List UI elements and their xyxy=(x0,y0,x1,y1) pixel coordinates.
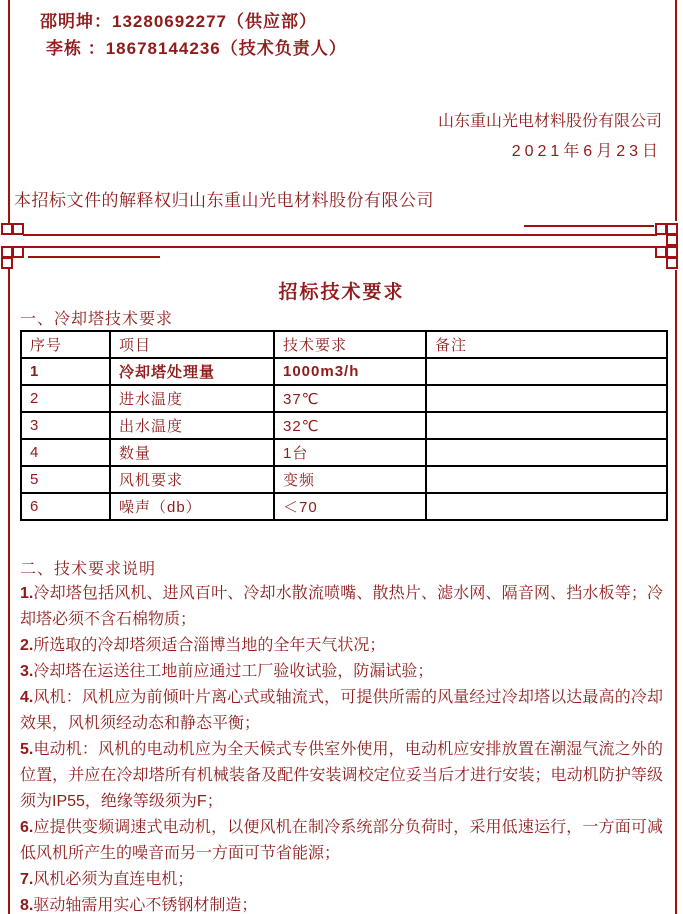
spec-item-text: 驱动轴需用实心不锈钢材制造； xyxy=(33,897,257,914)
spec-item-text: 冷却塔包括风机、进风百叶、冷却水散流喷嘴、散热片、滤水网、隔音网、挡水板等；冷却… xyxy=(20,585,663,628)
cell-item: 噪声（db） xyxy=(110,493,274,520)
section1-heading: 一、冷却塔技术要求 xyxy=(20,306,173,329)
cell-item: 冷却塔处理量 xyxy=(110,358,274,385)
page2-corner-mark-left-c xyxy=(1,257,13,269)
spec-item-number: 5. xyxy=(20,741,33,758)
spec-item-3: 3.冷却塔在运送往工地前应通过工厂验收试验，防漏试验； xyxy=(20,659,663,685)
spec-item-2: 2.所选取的冷却塔须适合淄博当地的全年天气状况； xyxy=(20,633,663,659)
col-header-remark: 备注 xyxy=(426,331,667,358)
page2-header-rule xyxy=(28,256,160,258)
spec-item-number: 2. xyxy=(20,637,33,654)
spec-item-number: 1. xyxy=(20,585,33,602)
cell-item: 风机要求 xyxy=(110,466,274,493)
page2-right-border xyxy=(675,270,677,914)
spec-item-6: 6.应提供变频调速式电动机，以便风机在制冷系统部分负荷时，采用低速运行，一方面可… xyxy=(20,815,663,867)
cell-requirement: 变频 xyxy=(274,466,426,493)
section2-heading: 二、技术要求说明 xyxy=(20,556,156,579)
spec-item-text: 应提供变频调速式电动机，以便风机在制冷系统部分负荷时，采用低速运行，一方面可减低… xyxy=(20,819,663,862)
contact-tech-lead: 李栋 ：18678144236（技术负责人） xyxy=(40,35,347,62)
cell-remark xyxy=(426,412,667,439)
page-title: 招标技术要求 xyxy=(0,277,683,304)
spec-item-number: 4. xyxy=(20,689,33,706)
spec-items-list: 1.冷却塔包括风机、进风百叶、冷却水散流喷嘴、散热片、滤水网、隔音网、挡水板等；… xyxy=(20,581,663,914)
cell-requirement: 1台 xyxy=(274,439,426,466)
page1-corner-mark-left-b xyxy=(12,223,24,235)
col-header-requirement: 技术要求 xyxy=(274,331,426,358)
cell-item: 出水温度 xyxy=(110,412,274,439)
spec-item-text: 风机：风机应为前倾叶片离心式或轴流式，可提供所需的风量经过冷却塔以达最高的冷却效… xyxy=(20,689,663,732)
cell-remark xyxy=(426,466,667,493)
spec-item-number: 6. xyxy=(20,819,33,836)
cell-index: 1 xyxy=(21,358,110,385)
spec-item-text: 所选取的冷却塔须适合淄博当地的全年天气状况； xyxy=(33,637,385,654)
spec-item-number: 7. xyxy=(20,871,33,888)
document-date: 2021年6月23日 xyxy=(438,137,662,167)
spec-item-text: 冷却塔在运送往工地前应通过工厂验收试验，防漏试验； xyxy=(33,663,433,680)
signature-block: 山东重山光电材料股份有限公司 2021年6月23日 xyxy=(438,107,662,167)
table-row: 6 噪声（db） ＜70 xyxy=(21,493,667,520)
page1-right-border xyxy=(675,0,677,221)
col-header-item: 项目 xyxy=(110,331,274,358)
spec-item-4: 4.风机：风机应为前倾叶片离心式或轴流式，可提供所需的风量经过冷却塔以达最高的冷… xyxy=(20,685,663,737)
cell-remark xyxy=(426,358,667,385)
page1-left-border xyxy=(8,0,10,224)
cell-requirement: 1000m3/h xyxy=(274,358,426,385)
cell-item: 进水温度 xyxy=(110,385,274,412)
spec-item-5: 5.电动机：风机的电动机应为全天候式专供室外使用，电动机应安排放置在潮湿气流之外… xyxy=(20,737,663,815)
spec-item-number: 8. xyxy=(20,897,33,914)
cell-remark xyxy=(426,493,667,520)
table-row: 3 出水温度 32℃ xyxy=(21,412,667,439)
table-header-row: 序号 项目 技术要求 备注 xyxy=(21,331,667,358)
company-name: 山东重山光电材料股份有限公司 xyxy=(438,107,662,137)
cell-item: 数量 xyxy=(110,439,274,466)
page2-left-border xyxy=(8,259,10,914)
cell-requirement: ＜70 xyxy=(274,493,426,520)
page1-footer-rule xyxy=(524,225,654,227)
cell-index: 2 xyxy=(21,385,110,412)
cell-index: 5 xyxy=(21,466,110,493)
cell-index: 3 xyxy=(21,412,110,439)
cooling-tower-requirements-table: 序号 项目 技术要求 备注 1 冷却塔处理量 1000m3/h 2 进水温度 3… xyxy=(20,330,668,521)
page2-corner-mark-left-b xyxy=(12,246,24,258)
col-header-index: 序号 xyxy=(21,331,110,358)
cell-requirement: 32℃ xyxy=(274,412,426,439)
page1-corner-mark-right-c xyxy=(666,234,678,246)
page2-top-line xyxy=(23,246,657,248)
cell-remark xyxy=(426,439,667,466)
cell-index: 6 xyxy=(21,493,110,520)
spec-item-1: 1.冷却塔包括风机、进风百叶、冷却水散流喷嘴、散热片、滤水网、隔音网、挡水板等；… xyxy=(20,581,663,633)
disclaimer-line: 本招标文件的解释权归山东重山光电材料股份有限公司 xyxy=(14,186,434,211)
table-row: 2 进水温度 37℃ xyxy=(21,385,667,412)
page2-corner-mark-right-c xyxy=(666,257,678,269)
spec-item-text: 电动机：风机的电动机应为全天候式专供室外使用，电动机应安排放置在潮湿气流之外的位… xyxy=(20,741,663,810)
contact-block: 邵明坤：13280692277（供应部） 李栋 ：18678144236（技术负… xyxy=(40,8,347,62)
spec-item-7: 7.风机必须为直连电机； xyxy=(20,867,663,893)
cell-remark xyxy=(426,385,667,412)
table-row: 1 冷却塔处理量 1000m3/h xyxy=(21,358,667,385)
page1-bottom-line xyxy=(23,234,657,236)
table-row: 4 数量 1台 xyxy=(21,439,667,466)
spec-item-text: 风机必须为直连电机； xyxy=(33,871,193,888)
cell-requirement: 37℃ xyxy=(274,385,426,412)
contact-supply-dept: 邵明坤：13280692277（供应部） xyxy=(40,8,347,35)
cell-index: 4 xyxy=(21,439,110,466)
table-row: 5 风机要求 变频 xyxy=(21,466,667,493)
spec-item-8: 8.驱动轴需用实心不锈钢材制造； xyxy=(20,893,663,914)
spec-item-number: 3. xyxy=(20,663,33,680)
